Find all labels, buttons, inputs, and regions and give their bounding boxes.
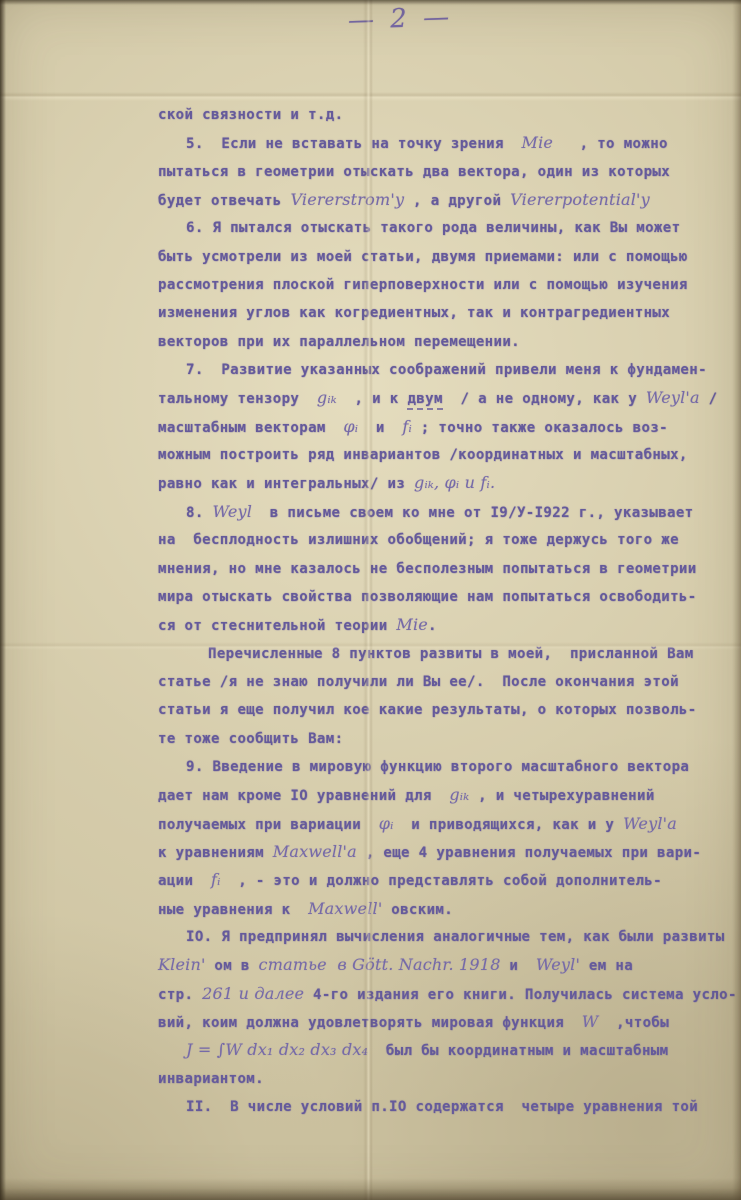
typed-text: II. В числе условий п.IO содержатся четы…	[186, 1099, 698, 1115]
typed-text: , а другой	[404, 193, 510, 209]
typed-text: статье /я не знаю получили ли Вы ее/. По…	[158, 674, 679, 690]
letter-line: стр. 261 и далее 4-го издания его книги.…	[158, 980, 724, 1008]
letter-line: 9. Введение в мировую функцию второго ма…	[158, 753, 724, 781]
handwritten-text: Viererpotential'y	[510, 190, 650, 209]
page-number: — 2 —	[348, 2, 454, 36]
handwritten-text: Mie	[396, 615, 428, 634]
handwritten-text: φᵢ	[343, 417, 358, 436]
letter-line: масштабным векторам φᵢ и fᵢ ; точно такж…	[158, 413, 724, 441]
handwritten-text: Weyl	[213, 502, 253, 521]
letter-line: быть усмотрели из моей статьи, двумя при…	[158, 243, 724, 271]
letter-line: ные уравнения к Maxwell' овским.	[158, 895, 724, 923]
typed-text: , - это и должно представлять собой допо…	[221, 873, 662, 889]
handwritten-text: Maxwell'a	[273, 842, 357, 861]
typed-text: стр.	[158, 987, 202, 1003]
handwritten-text: Weyl'a	[646, 388, 700, 407]
typed-text: инвариантом.	[158, 1071, 264, 1087]
typed-text: ом в	[206, 958, 259, 974]
handwritten-text: fᵢ	[211, 870, 221, 889]
typed-text: к уравнениям	[158, 845, 273, 861]
typed-text: , и четырехуравнений	[469, 788, 654, 804]
typed-text: / а не одному, как у	[443, 391, 646, 407]
letter-line: II. В числе условий п.IO содержатся четы…	[158, 1093, 724, 1121]
handwritten-text: Weyl'a	[623, 814, 677, 833]
letter-line: будет отвечать Viererstrom'y , а другой …	[158, 186, 724, 214]
letter-line: 8. Weyl в письме своем ко мне от I9/У-I9…	[158, 498, 724, 526]
typed-text: векторов при их параллельном перемещении…	[158, 334, 520, 350]
letter-line: инвариантом.	[158, 1065, 724, 1093]
typed-text: статьи я еще получил кое какие результат…	[158, 702, 697, 718]
handwritten-text: Mie	[522, 133, 554, 152]
letter-line: на бесплодность излишних обобщений; я то…	[158, 526, 724, 554]
letter-line: изменения углов как когредиентных, так и…	[158, 299, 724, 327]
typed-text: быть усмотрели из моей статьи, двумя при…	[158, 249, 688, 265]
handwritten-text: J = ∫W dx₁ dx₂ dx₃ dx₄	[186, 1040, 368, 1059]
typed-text: изменения углов как когредиентных, так и…	[158, 305, 670, 321]
letter-page: — 2 — ской связности и т.д.5. Если не вс…	[0, 0, 741, 1200]
handwritten-text: φᵢ	[379, 814, 394, 833]
typed-text: , и к	[337, 391, 408, 407]
letter-line: мира отыскать свойства позволяющие нам п…	[158, 583, 724, 611]
paper-crease-horizontal-bottom	[0, 1178, 741, 1200]
typed-text: 5. Если не вставать на точку зрения	[186, 136, 522, 152]
typed-text: дает нам кроме IO уравнений для	[158, 788, 449, 804]
typed-text: 8.	[186, 505, 213, 521]
letter-line: можным построить ряд инвариантов /коорди…	[158, 441, 724, 469]
typed-text: вий, коим должна удовлетворять мировая ф…	[158, 1015, 582, 1031]
letter-line: равно как и интегральных/ из gᵢₖ, φᵢ и f…	[158, 469, 724, 497]
typed-text: 7. Развитие указанных соображений привел…	[186, 362, 707, 378]
letter-line: рассмотрения плоской гиперповерхности ил…	[158, 271, 724, 299]
typed-text: ся от стеснительной теории	[158, 618, 396, 634]
typed-text: рассмотрения плоской гиперповерхности ил…	[158, 277, 688, 293]
handwritten-text: gᵢₖ	[317, 388, 337, 407]
letter-line: получаемых при вариации φᵢ и приводящихс…	[158, 810, 724, 838]
paper-crease-horizontal-top	[0, 92, 741, 101]
letter-line: IO. Я предпринял вычисления аналогичные …	[158, 923, 724, 951]
typed-text: масштабным векторам	[158, 420, 343, 436]
handwritten-text: gᵢₖ, φᵢ и fᵢ.	[414, 473, 495, 492]
typed-text: пытаться в геометрии отыскать два вектор…	[158, 164, 670, 180]
typed-text: ем на	[580, 958, 633, 974]
typed-text: получаемых при вариации	[158, 817, 379, 833]
handwritten-text: fᵢ	[402, 417, 412, 436]
letter-line: 5. Если не вставать на точку зрения Mie …	[158, 129, 724, 157]
typed-text: 6. Я пытался отыскать такого рода величи…	[186, 220, 680, 236]
handwritten-text: Viererstrom'y	[290, 190, 404, 209]
typed-text: был бы координатным и масштабным	[368, 1043, 668, 1059]
typed-text: ные уравнения к	[158, 902, 308, 918]
letter-line: Перечисленные 8 пунктов развиты в моей, …	[158, 640, 724, 668]
typed-text: в письме своем ко мне от I9/У-I922 г., у…	[252, 505, 693, 521]
typed-text: мнения, но мне казалось не бесполезным п…	[158, 561, 697, 577]
typed-text: ации	[158, 873, 211, 889]
typed-text: , то можно	[553, 136, 668, 152]
typed-text: и	[501, 958, 536, 974]
typed-text: тальному тензору	[158, 391, 317, 407]
letter-line: 7. Развитие указанных соображений привел…	[158, 356, 724, 384]
letter-line: мнения, но мне казалось не бесполезным п…	[158, 555, 724, 583]
letter-line: ской связности и т.д.	[158, 101, 724, 129]
typed-text: ,чтобы	[598, 1015, 669, 1031]
typed-text: на бесплодность излишних обобщений; я то…	[158, 532, 679, 548]
handwritten-text: Klein'	[158, 955, 206, 974]
typed-text: .	[428, 618, 437, 634]
typed-text: и	[358, 420, 402, 436]
typed-text: 4-го издания его книги. Получилась систе…	[304, 987, 737, 1003]
handwritten-text: Weyl'	[536, 955, 580, 974]
typed-text: , еще 4 уравнения получаемых при вари-	[357, 845, 701, 861]
letter-line: статьи я еще получил кое какие результат…	[158, 696, 724, 724]
letter-line: те тоже сообщить Вам:	[158, 725, 724, 753]
typed-text: будет отвечать	[158, 193, 290, 209]
typed-text: ской связности и т.д.	[158, 107, 343, 123]
typed-text: можным построить ряд инвариантов /коорди…	[158, 447, 688, 463]
letter-body: ской связности и т.д.5. Если не вставать…	[158, 101, 724, 1121]
handwritten-text: 261 и далее	[202, 984, 304, 1003]
typed-text: равно как и интегральных/ из	[158, 476, 414, 492]
typed-text: те тоже сообщить Вам:	[158, 731, 343, 747]
letter-line: пытаться в геометрии отыскать два вектор…	[158, 158, 724, 186]
typed-text: IO. Я предпринял вычисления аналогичные …	[186, 929, 725, 945]
letter-line: вий, коим должна удовлетворять мировая ф…	[158, 1008, 724, 1036]
letter-line: к уравнениям Maxwell'a , еще 4 уравнения…	[158, 838, 724, 866]
handwritten-text: gᵢₖ	[449, 785, 469, 804]
typed-text: мира отыскать свойства позволяющие нам п…	[158, 589, 697, 605]
typed-text: и приводящихся, как и у	[394, 817, 624, 833]
handwritten-text: статье в Gött. Nachr. 1918	[259, 955, 501, 974]
letter-line: Klein' ом в статье в Gött. Nachr. 1918 и…	[158, 951, 724, 979]
letter-line: тальному тензору gᵢₖ , и к двум / а не о…	[158, 384, 724, 412]
typed-text: Перечисленные 8 пунктов развиты в моей, …	[208, 646, 694, 662]
typed-text: 9. Введение в мировую функцию второго ма…	[186, 759, 689, 775]
typed-text-underlined: двум	[407, 391, 442, 410]
handwritten-text: W	[582, 1012, 599, 1031]
typed-text: /	[700, 391, 718, 407]
typed-text: ; точно также оказалось воз-	[412, 420, 668, 436]
letter-line: ся от стеснительной теории Mie.	[158, 611, 724, 639]
letter-line: дает нам кроме IO уравнений для gᵢₖ , и …	[158, 781, 724, 809]
letter-line: ации fᵢ , - это и должно представлять со…	[158, 866, 724, 894]
letter-line: 6. Я пытался отыскать такого рода величи…	[158, 214, 724, 242]
letter-line: статье /я не знаю получили ли Вы ее/. По…	[158, 668, 724, 696]
letter-line: J = ∫W dx₁ dx₂ dx₃ dx₄ был бы координатн…	[158, 1036, 724, 1064]
letter-line: векторов при их параллельном перемещении…	[158, 328, 724, 356]
handwritten-text: Maxwell'	[308, 899, 382, 918]
typed-text: овским.	[382, 902, 453, 918]
